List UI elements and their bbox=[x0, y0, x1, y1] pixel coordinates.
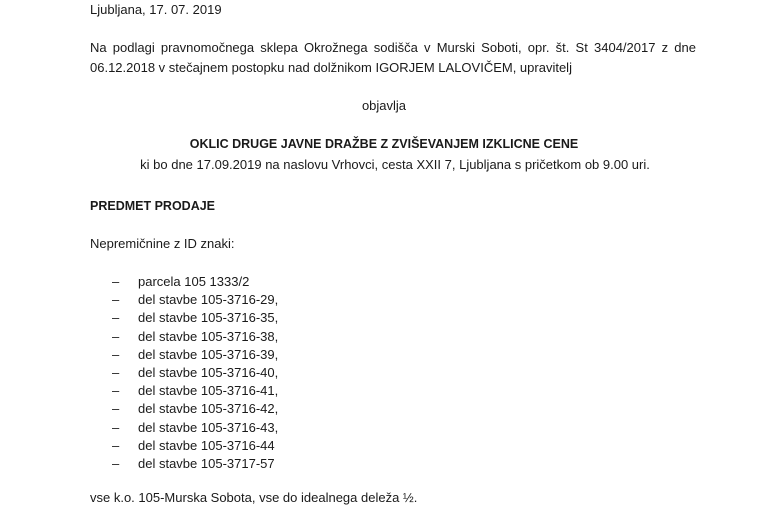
footer-line: vse k.o. 105-Murska Sobota, vse do ideal… bbox=[90, 490, 417, 505]
dash-bullet-icon: – bbox=[112, 455, 138, 473]
document-subtitle: ki bo dne 17.09.2019 na naslovu Vrhovci,… bbox=[0, 157, 768, 172]
announces-text: objavlja bbox=[0, 98, 768, 113]
dash-bullet-icon: – bbox=[112, 382, 138, 400]
list-item: –del stavbe 105-3716-35, bbox=[112, 309, 278, 327]
list-item: –del stavbe 105-3716-40, bbox=[112, 364, 278, 382]
list-item: –del stavbe 105-3716-44 bbox=[112, 437, 278, 455]
dash-bullet-icon: – bbox=[112, 291, 138, 309]
list-item-text: del stavbe 105-3717-57 bbox=[138, 455, 275, 473]
list-item: –del stavbe 105-3716-41, bbox=[112, 382, 278, 400]
list-item-text: del stavbe 105-3716-38, bbox=[138, 328, 278, 346]
date-line: Ljubljana, 17. 07. 2019 bbox=[90, 2, 222, 17]
dash-bullet-icon: – bbox=[112, 364, 138, 382]
list-item-text: del stavbe 105-3716-44 bbox=[138, 437, 275, 455]
list-item-text: del stavbe 105-3716-29, bbox=[138, 291, 278, 309]
intro-paragraph: Na podlagi pravnomočnega sklepa Okrožneg… bbox=[90, 38, 696, 78]
list-item: –del stavbe 105-3716-42, bbox=[112, 400, 278, 418]
list-item: –parcela 105 1333/2 bbox=[112, 273, 278, 291]
document-title: OKLIC DRUGE JAVNE DRAŽBE Z ZVIŠEVANJEM I… bbox=[0, 137, 768, 151]
dash-bullet-icon: – bbox=[112, 328, 138, 346]
dash-bullet-icon: – bbox=[112, 419, 138, 437]
list-lead: Nepremičnine z ID znaki: bbox=[90, 236, 235, 251]
list-item-text: del stavbe 105-3716-39, bbox=[138, 346, 278, 364]
list-item-text: del stavbe 105-3716-35, bbox=[138, 309, 278, 327]
list-item-text: del stavbe 105-3716-43, bbox=[138, 419, 278, 437]
intro-line-1: Na podlagi pravnomočnega sklepa Okrožneg… bbox=[90, 38, 696, 58]
list-item: –del stavbe 105-3716-39, bbox=[112, 346, 278, 364]
list-item-text: del stavbe 105-3716-41, bbox=[138, 382, 278, 400]
document-page: Ljubljana, 17. 07. 2019 Na podlagi pravn… bbox=[0, 0, 768, 522]
dash-bullet-icon: – bbox=[112, 309, 138, 327]
property-list: –parcela 105 1333/2–del stavbe 105-3716-… bbox=[112, 273, 278, 473]
list-item: –del stavbe 105-3716-43, bbox=[112, 419, 278, 437]
section-heading: PREDMET PRODAJE bbox=[90, 199, 215, 213]
dash-bullet-icon: – bbox=[112, 400, 138, 418]
dash-bullet-icon: – bbox=[112, 273, 138, 291]
list-item-text: del stavbe 105-3716-42, bbox=[138, 400, 278, 418]
list-item: –del stavbe 105-3716-29, bbox=[112, 291, 278, 309]
dash-bullet-icon: – bbox=[112, 437, 138, 455]
list-item-text: parcela 105 1333/2 bbox=[138, 273, 249, 291]
intro-line-2: 06.12.2018 v stečajnem postopku nad dolž… bbox=[90, 58, 696, 78]
list-item-text: del stavbe 105-3716-40, bbox=[138, 364, 278, 382]
dash-bullet-icon: – bbox=[112, 346, 138, 364]
list-item: –del stavbe 105-3717-57 bbox=[112, 455, 278, 473]
list-item: –del stavbe 105-3716-38, bbox=[112, 328, 278, 346]
